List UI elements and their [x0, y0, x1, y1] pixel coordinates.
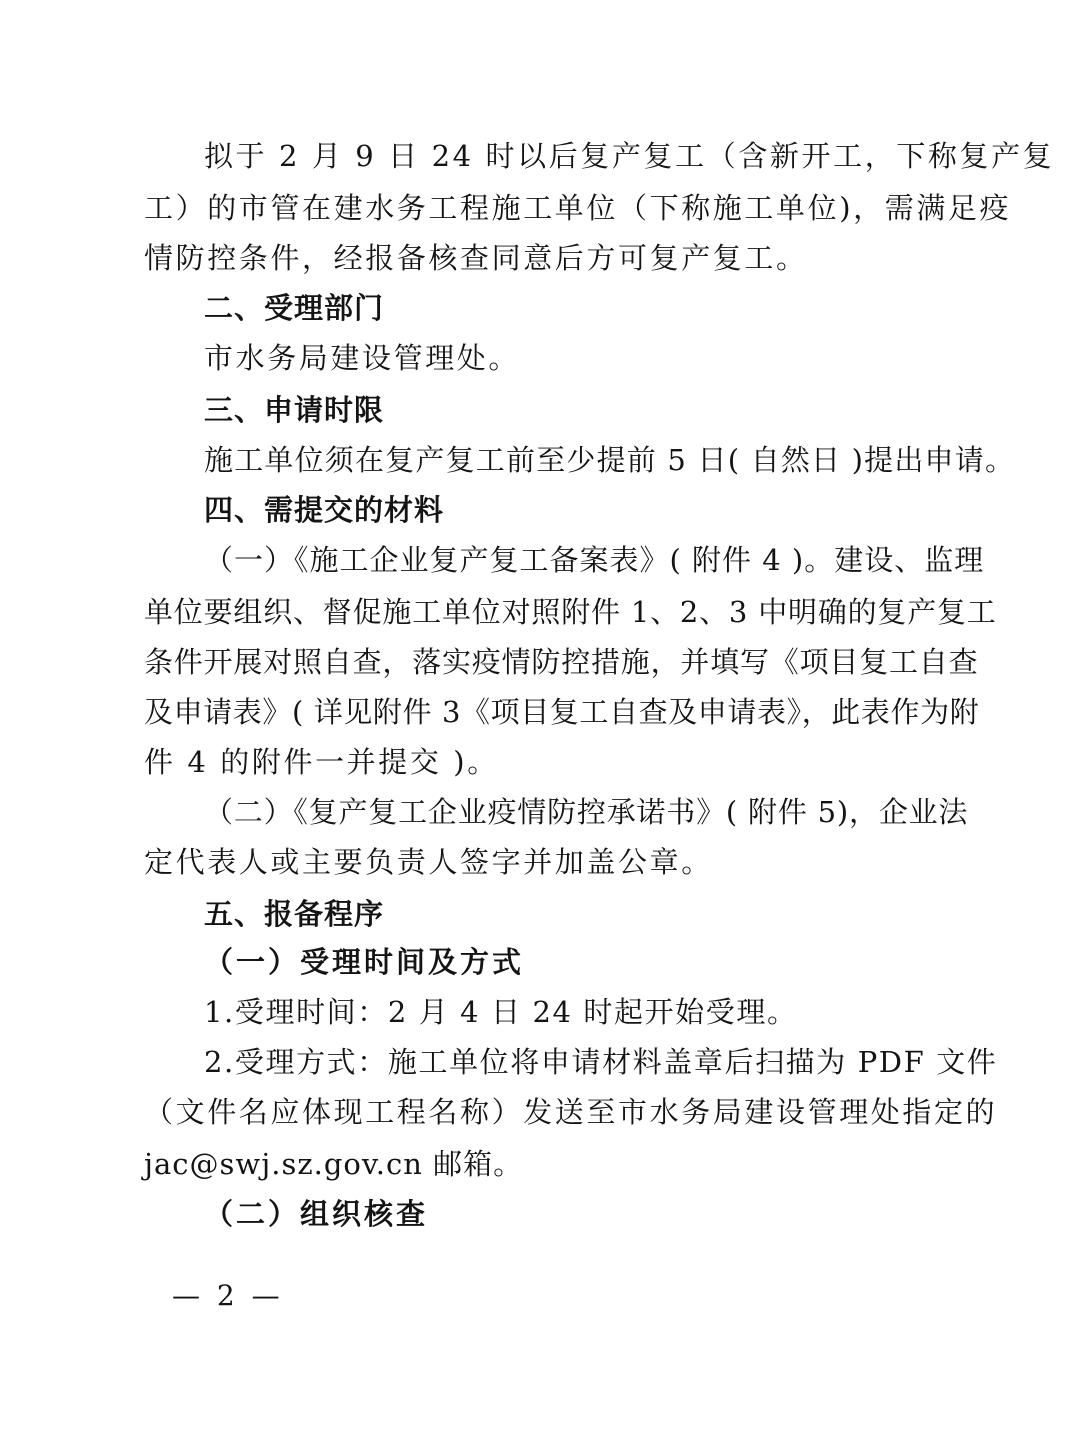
section-heading-department: 二、受理部门 — [204, 290, 1004, 326]
acceptance-method-email: jac@swj.sz.gov.cn 邮箱。 — [144, 1146, 944, 1182]
section-heading-procedure: 五、报备程序 — [204, 896, 1004, 932]
acceptance-method-line: （文件名应体现工程名称）发送至市水务局建设管理处指定的 — [144, 1094, 944, 1130]
materials-item1-line: 单位要组织、督促施工单位对照附件 1、2、3 中明确的复产复工 — [144, 594, 944, 630]
page-number: — 2 — — [172, 1278, 284, 1314]
acceptance-method-line: 2.受理方式：施工单位将申请材料盖章后扫描为 PDF 文件 — [204, 1044, 942, 1080]
materials-item2-line: 定代表人或主要负责人签字并加盖公章。 — [144, 844, 944, 880]
section-body-department: 市水务局建设管理处。 — [204, 340, 1004, 376]
materials-item1-line: 条件开展对照自查，落实疫情防控措施，并填写《项目复工自查 — [144, 644, 944, 680]
section-heading-deadline: 三、申请时限 — [204, 392, 1004, 428]
materials-item2-line: （二）《复产复工企业疫情防控承诺书》( 附件 5)，企业法 — [204, 794, 942, 830]
paragraph-line: 工）的市管在建水务工程施工单位（下称施工单位)，需满足疫 — [144, 190, 944, 226]
paragraph-line: 拟于 2 月 9 日 24 时以后复产复工（含新开工，下称复产复 — [204, 138, 942, 174]
materials-item1-line: 件 4 的附件一并提交 )。 — [144, 744, 944, 780]
materials-item1-line: 及申请表》( 详见附件 3《项目复工自查及申请表》，此表作为附 — [144, 694, 944, 730]
section-heading-materials: 四、需提交的材料 — [204, 492, 1004, 528]
section-body-deadline: 施工单位须在复产复工前至少提前 5 日( 自然日 )提出申请。 — [204, 442, 1004, 478]
paragraph-line: 情防控条件，经报备核查同意后方可复产复工。 — [144, 240, 944, 276]
materials-item1-line: （一）《施工企业复产复工备案表》( 附件 4 )。建设、监理 — [204, 542, 942, 578]
subheading-organize-inspection: （二）组织核查 — [204, 1196, 1004, 1232]
subheading-acceptance-time-method: （一）受理时间及方式 — [204, 944, 1004, 980]
acceptance-time: 1.受理时间：2 月 4 日 24 时起开始受理。 — [204, 994, 1004, 1030]
